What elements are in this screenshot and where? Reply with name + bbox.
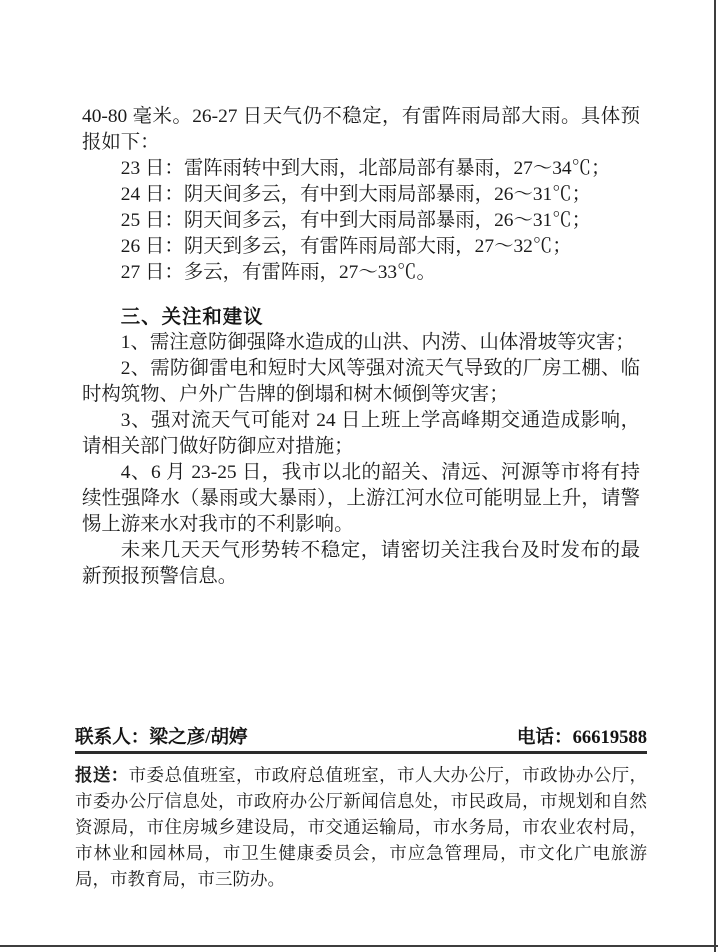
forecast-line-25: 25 日：阴天间多云，有中到大雨局部暴雨，26～31℃； xyxy=(82,208,640,234)
forecast-line-26: 26 日：阴天到多云，有雷阵雨局部大雨，27～32℃； xyxy=(82,234,640,260)
forecast-line-27: 27 日：多云，有雷阵雨，27～33℃。 xyxy=(82,260,640,286)
page-edge-right-line xyxy=(714,0,716,952)
contact-label: 联系人： xyxy=(75,727,149,748)
distribution-label: 报送： xyxy=(75,765,129,785)
phone-label: 电话： xyxy=(517,727,573,748)
distribution-text: 市委总值班室，市政府总值班室，市人大办公厅，市政协办公厅，市委办公厅信息处，市政… xyxy=(75,765,647,889)
contact-person: 联系人：梁之彦/胡婷 xyxy=(75,726,248,750)
section-heading: 三、关注和建议 xyxy=(82,304,640,330)
closing-paragraph: 未来几天天气形势转不稳定，请密切关注我台及时发布的最新预报预警信息。 xyxy=(82,538,640,590)
suggestion-paragraph-2: 2、需防御雷电和短时大风等强对流天气导致的厂房工棚、临时构筑物、户外广告牌的倒塌… xyxy=(82,356,640,408)
suggestion-paragraph-1: 1、需注意防御强降水造成的山洪、内涝、山体滑坡等灾害； xyxy=(82,330,640,356)
suggestion-paragraph-4: 4、6 月 23-25 日，我市以北的韶关、清远、河源等市将有持续性强降水（暴雨… xyxy=(82,460,640,538)
contact-row: 联系人：梁之彦/胡婷 电话：66619588 xyxy=(75,726,647,750)
page-edge-bottom-line xyxy=(0,945,718,947)
document-page: 40-80 毫米。26-27 日天气仍不稳定，有雷阵雨局部大雨。具体预报如下： … xyxy=(0,0,718,952)
suggestion-paragraph-3: 3、强对流天气可能对 24 日上班上学高峰期交通造成影响，请相关部门做好防御应对… xyxy=(82,408,640,460)
forecast-line-24: 24 日：阴天间多云，有中到大雨局部暴雨，26～31℃； xyxy=(82,182,640,208)
forecast-line-23: 23 日：雷阵雨转中到大雨，北部局部有暴雨，27～34℃； xyxy=(82,156,640,182)
distribution-paragraph: 报送：市委总值班室，市政府总值班室，市人大办公厅，市政协办公厅，市委办公厅信息处… xyxy=(75,762,647,892)
contact-names: 梁之彦/胡婷 xyxy=(149,727,247,748)
document-body: 40-80 毫米。26-27 日天气仍不稳定，有雷阵雨局部大雨。具体预报如下： … xyxy=(82,104,640,590)
contact-phone: 电话：66619588 xyxy=(517,726,647,750)
document-footer: 联系人：梁之彦/胡婷 电话：66619588 报送：市委总值班室，市政府总值班室… xyxy=(75,726,647,892)
phone-number: 66619588 xyxy=(573,727,647,748)
separator-rule xyxy=(75,751,647,754)
paragraph-continuation: 40-80 毫米。26-27 日天气仍不稳定，有雷阵雨局部大雨。具体预报如下： xyxy=(82,104,640,156)
